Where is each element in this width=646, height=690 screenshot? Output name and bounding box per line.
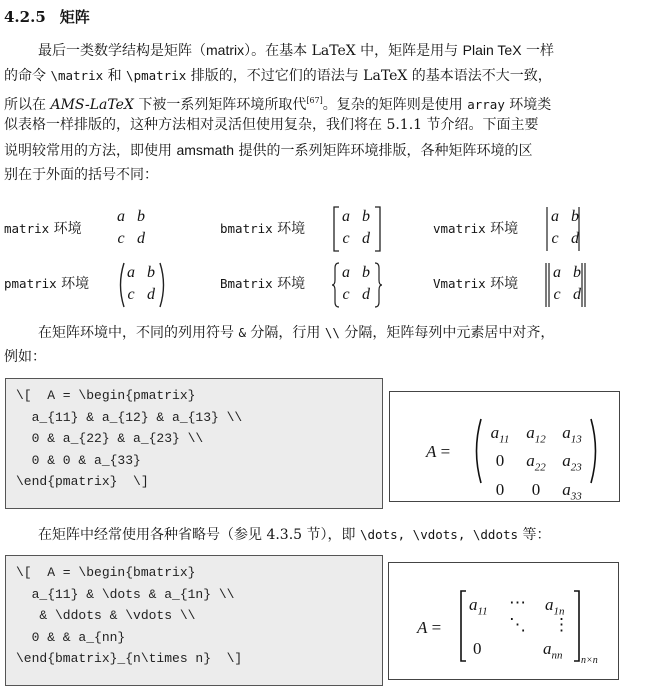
left-bracket-icon [332, 206, 340, 252]
code-example-pmatrix: \[ A = \begin{pmatrix} a_{11} & a_{12} &… [5, 378, 383, 509]
intro-line-4: 似表格一样排版的，这种方法相对灵活但使用复杂，我们将在 5.1.1 节介绍。下面… [4, 113, 539, 138]
matrix-nxn: a11 ⋯ a1n ⋱ ⋮ 0 ann [467, 595, 577, 661]
ams-latex-logo: AMS-LaTeX [50, 97, 133, 113]
left-double-bar-icon [545, 262, 553, 308]
intro-line-2: 的命令 \matrix 和 \pmatrix 排版的，不过它们的语法与 LaTe… [4, 63, 552, 89]
ddots-icon: ⋱ [509, 615, 526, 635]
equation-lhs: A = [426, 442, 450, 462]
bmatrix-sample: ab cd [332, 206, 378, 252]
env-label-Bmatrix: Bmatrix 环境 [220, 273, 305, 293]
vmatrix-sample: ab cd [545, 206, 587, 252]
size-subscript: n×n [581, 655, 598, 666]
env-label-bmatrix: bmatrix 环境 [220, 218, 305, 238]
left-paren-icon [472, 418, 482, 484]
latex-logo: LaTeX [312, 43, 356, 59]
section-number: 4.2.5 [4, 8, 46, 26]
latex-logo: LaTeX [363, 68, 407, 84]
right-bar-icon [577, 206, 585, 252]
section-ref: 5.1.1 [386, 117, 422, 133]
right-double-bar-icon [581, 262, 589, 308]
right-paren-icon [159, 262, 167, 308]
para3: 在矩阵中经常使用各种省略号（参见 4.3.5 节），即 \dots, \vdot… [38, 522, 550, 548]
right-bracket-icon [374, 206, 382, 252]
section-heading: 4.2.5矩阵 [4, 6, 90, 27]
left-brace-icon [332, 262, 340, 308]
intro-line-6: 别在于外面的括号不同： [4, 163, 158, 188]
matrix-sample: ab cd [113, 206, 153, 250]
env-label-pmatrix: pmatrix 环境 [4, 273, 89, 293]
left-bracket-icon [459, 590, 467, 662]
right-paren-icon [590, 418, 600, 484]
right-brace-icon [374, 262, 382, 308]
left-bar-icon [545, 206, 553, 252]
left-paren-icon [117, 262, 125, 308]
env-label-Vmatrix: Vmatrix 环境 [433, 273, 518, 293]
rendered-result-bmatrix: A = a11 ⋯ a1n ⋱ ⋮ 0 ann n×n [388, 562, 619, 680]
env-label-matrix: matrix 环境 [4, 218, 82, 238]
vdots-icon: ⋮ [553, 615, 570, 635]
Bmatrix-sample: ab cd [332, 262, 378, 308]
para2-line-2: 例如： [4, 345, 46, 370]
package-name: amsmath [176, 142, 234, 158]
equation-lhs: A = [417, 618, 441, 638]
cdots-icon: ⋯ [509, 593, 526, 613]
footnote-ref: [67] [306, 96, 322, 105]
intro-line-5: 说明较常用的方法，即使用 amsmath 提供的一系列矩阵环境排版，各种矩阵环境… [4, 138, 532, 164]
matrix-3x3: a11 a12 a13 0 a22 a23 0 0 a33 [482, 422, 590, 507]
Vmatrix-sample: ab cd [545, 262, 589, 308]
section-title: 矩阵 [60, 8, 90, 26]
intro-line-1: 最后一类数学结构是矩阵（matrix）。在基本 LaTeX 中，矩阵是用与 Pl… [38, 38, 554, 64]
env-label-vmatrix: vmatrix 环境 [433, 218, 518, 238]
right-bracket-icon [573, 590, 581, 662]
pmatrix-sample: ab cd [117, 262, 163, 308]
rendered-result-pmatrix: A = a11 a12 a13 0 a22 a23 0 0 a33 [389, 391, 620, 502]
code-example-bmatrix: \[ A = \begin{bmatrix} a_{11} & \dots & … [5, 555, 383, 686]
para2-line-1: 在矩阵环境中，不同的列用符号 & 分隔，行用 \\ 分隔，矩阵每列中元素居中对齐… [38, 320, 554, 346]
